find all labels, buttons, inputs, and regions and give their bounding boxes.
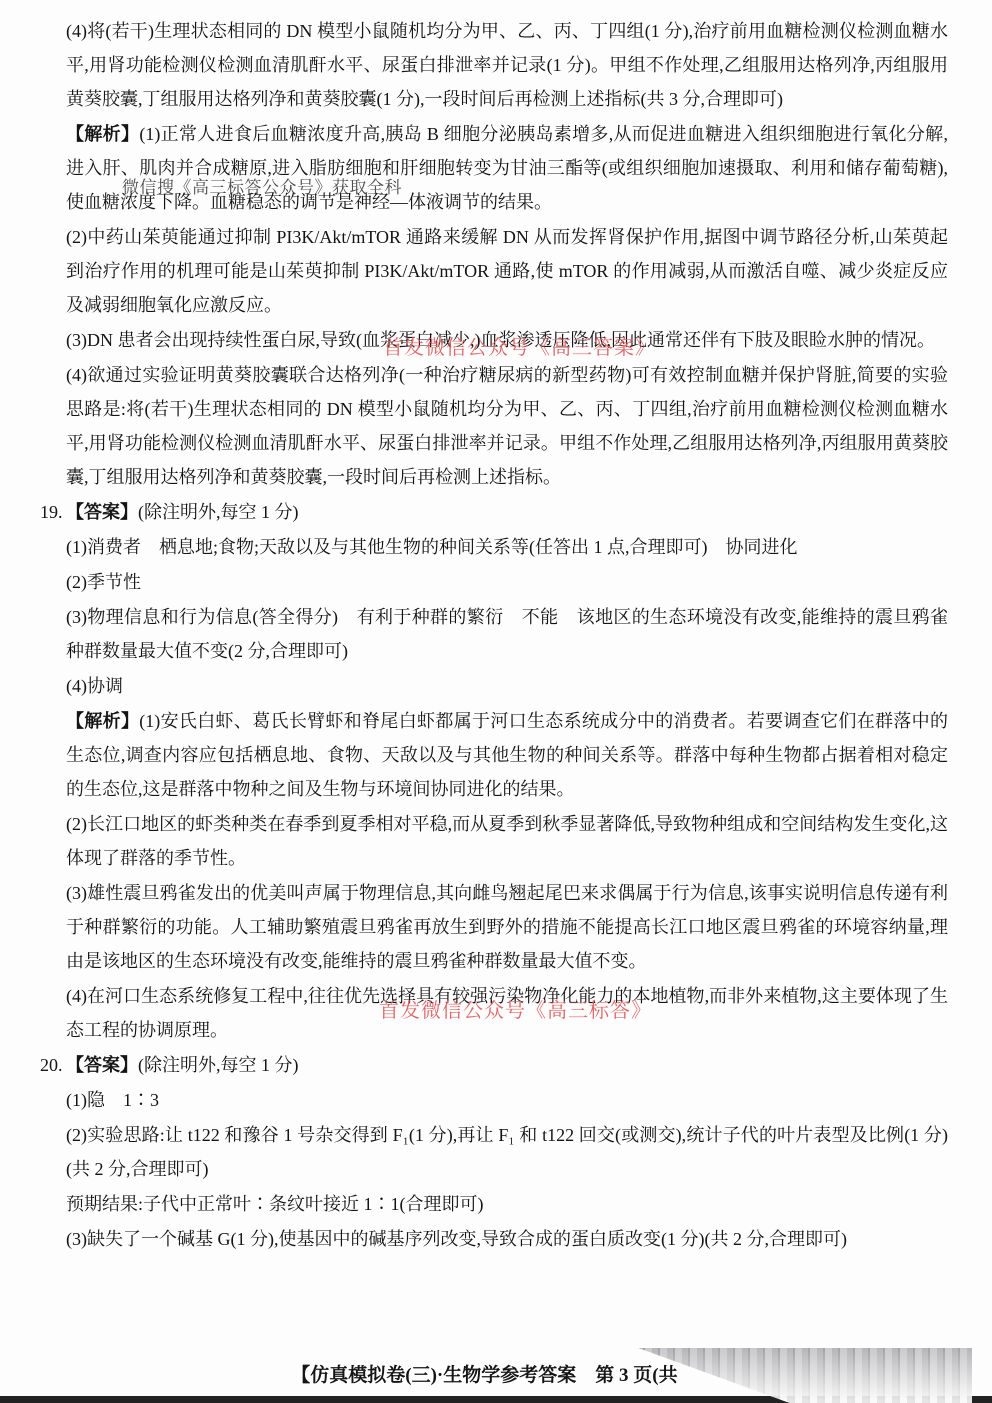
analysis-label: 【解析】 [66, 124, 139, 144]
paragraph-text: (除注明外,每空 1 分) [138, 1055, 299, 1075]
paragraph-text: (3)物理信息和行为信息(答全得分) 有利于种群的繁衍 不能 该地区的生态环境没… [66, 607, 948, 661]
answer-paragraph: (4)将(若干)生理状态相同的 DN 模型小鼠随机均分为甲、乙、丙、丁四组(1 … [40, 14, 948, 116]
answer-paragraph: 20.【答案】(除注明外,每空 1 分) [40, 1048, 948, 1082]
paragraph-text: (2)实验思路:让 t122 和豫谷 1 号杂交得到 F₁(1 分),再让 F₁… [66, 1125, 948, 1179]
answer-paragraph: (3)DN 患者会出现持续性蛋白尿,导致(血浆蛋白减少,)血浆渗透压降低,因此通… [40, 323, 948, 357]
paragraph-text: (除注明外,每空 1 分) [138, 502, 299, 522]
question-number: 20. [40, 1048, 66, 1082]
answer-paragraph: (3)缺失了一个碱基 G(1 分),使基因中的碱基序列改变,导致合成的蛋白质改变… [40, 1222, 948, 1256]
answer-paragraph: 【解析】(1)安氏白虾、葛氏长臂虾和脊尾白虾都属于河口生态系统成分中的消费者。若… [40, 704, 948, 806]
paragraph-text: (4)在河口生态系统修复工程中,往往优先选择具有较强污染物净化能力的本地植物,而… [66, 986, 948, 1040]
paragraph-text: (1)隐 1∶3 [66, 1090, 159, 1110]
answer-label: 【答案】 [66, 502, 138, 522]
answer-paragraph: (4)欲通过实验证明黄葵胶囊联合达格列净(一种治疗糖尿病的新型药物)可有效控制血… [40, 358, 948, 494]
paragraph-text: (1)消费者 栖息地;食物;天敌以及与其他生物的种间关系等(任答出 1 点,合理… [66, 537, 797, 557]
analysis-label: 【解析】 [66, 711, 139, 731]
answer-paragraph: (1)隐 1∶3 [40, 1083, 948, 1117]
paragraph-text: (2)中药山茱萸能通过抑制 PI3K/Akt/mTOR 通路来缓解 DN 从而发… [66, 227, 948, 315]
paragraph-text: (1)正常人进食后血糖浓度升高,胰岛 B 细胞分泌胰岛素增多,从而促进血糖进入组… [66, 124, 948, 212]
paragraph-text: (4)将(若干)生理状态相同的 DN 模型小鼠随机均分为甲、乙、丙、丁四组(1 … [66, 21, 948, 109]
answer-label: 【答案】 [66, 1055, 138, 1075]
paragraph-text: (1)安氏白虾、葛氏长臂虾和脊尾白虾都属于河口生态系统成分中的消费者。若要调查它… [66, 711, 948, 799]
answer-sheet-page: (4)将(若干)生理状态相同的 DN 模型小鼠随机均分为甲、乙、丙、丁四组(1 … [40, 14, 948, 1257]
answer-paragraph: (2)实验思路:让 t122 和豫谷 1 号杂交得到 F₁(1 分),再让 F₁… [40, 1118, 948, 1186]
page-footer: 【仿真模拟卷(三)·生物学参考答案 第 3 页(共 [291, 1360, 677, 1387]
answer-paragraph: (4)在河口生态系统修复工程中,往往优先选择具有较强污染物净化能力的本地植物,而… [40, 979, 948, 1047]
paragraph-text: (2)季节性 [66, 572, 141, 592]
answer-paragraph: 【解析】(1)正常人进食后血糖浓度升高,胰岛 B 细胞分泌胰岛素增多,从而促进血… [40, 117, 948, 219]
answer-paragraph: (3)雄性震旦鸦雀发出的优美叫声属于物理信息,其向雌鸟翘起尾巴来求偶属于行为信息… [40, 876, 948, 978]
answer-paragraph: (3)物理信息和行为信息(答全得分) 有利于种群的繁衍 不能 该地区的生态环境没… [40, 600, 948, 668]
answer-paragraph: (4)协调 [40, 669, 948, 703]
answer-paragraph: 19.【答案】(除注明外,每空 1 分) [40, 495, 948, 529]
question-number: 19. [40, 495, 66, 529]
answer-paragraph: (2)中药山茱萸能通过抑制 PI3K/Akt/mTOR 通路来缓解 DN 从而发… [40, 220, 948, 322]
answer-paragraph: (2)季节性 [40, 565, 948, 599]
scan-smear-artifact [628, 1348, 972, 1403]
paragraph-text: (3)缺失了一个碱基 G(1 分),使基因中的碱基序列改变,导致合成的蛋白质改变… [66, 1229, 847, 1249]
answer-paragraph: 预期结果:子代中正常叶∶条纹叶接近 1∶1(合理即可) [40, 1187, 948, 1221]
paragraph-text: (2)长江口地区的虾类种类在春季到夏季相对平稳,而从夏季到秋季显著降低,导致物种… [66, 814, 948, 868]
paragraph-text: (3)DN 患者会出现持续性蛋白尿,导致(血浆蛋白减少,)血浆渗透压降低,因此通… [66, 330, 935, 350]
paragraph-text: (4)协调 [66, 676, 123, 696]
paragraph-text: (4)欲通过实验证明黄葵胶囊联合达格列净(一种治疗糖尿病的新型药物)可有效控制血… [66, 365, 948, 487]
footer-text: 【仿真模拟卷(三)·生物学参考答案 第 3 页(共 [291, 1365, 677, 1386]
paragraph-text: (3)雄性震旦鸦雀发出的优美叫声属于物理信息,其向雌鸟翘起尾巴来求偶属于行为信息… [66, 883, 948, 971]
answer-paragraph: (2)长江口地区的虾类种类在春季到夏季相对平稳,而从夏季到秋季显著降低,导致物种… [40, 807, 948, 875]
answer-paragraph: (1)消费者 栖息地;食物;天敌以及与其他生物的种间关系等(任答出 1 点,合理… [40, 530, 948, 564]
paragraph-text: 预期结果:子代中正常叶∶条纹叶接近 1∶1(合理即可) [66, 1194, 484, 1214]
